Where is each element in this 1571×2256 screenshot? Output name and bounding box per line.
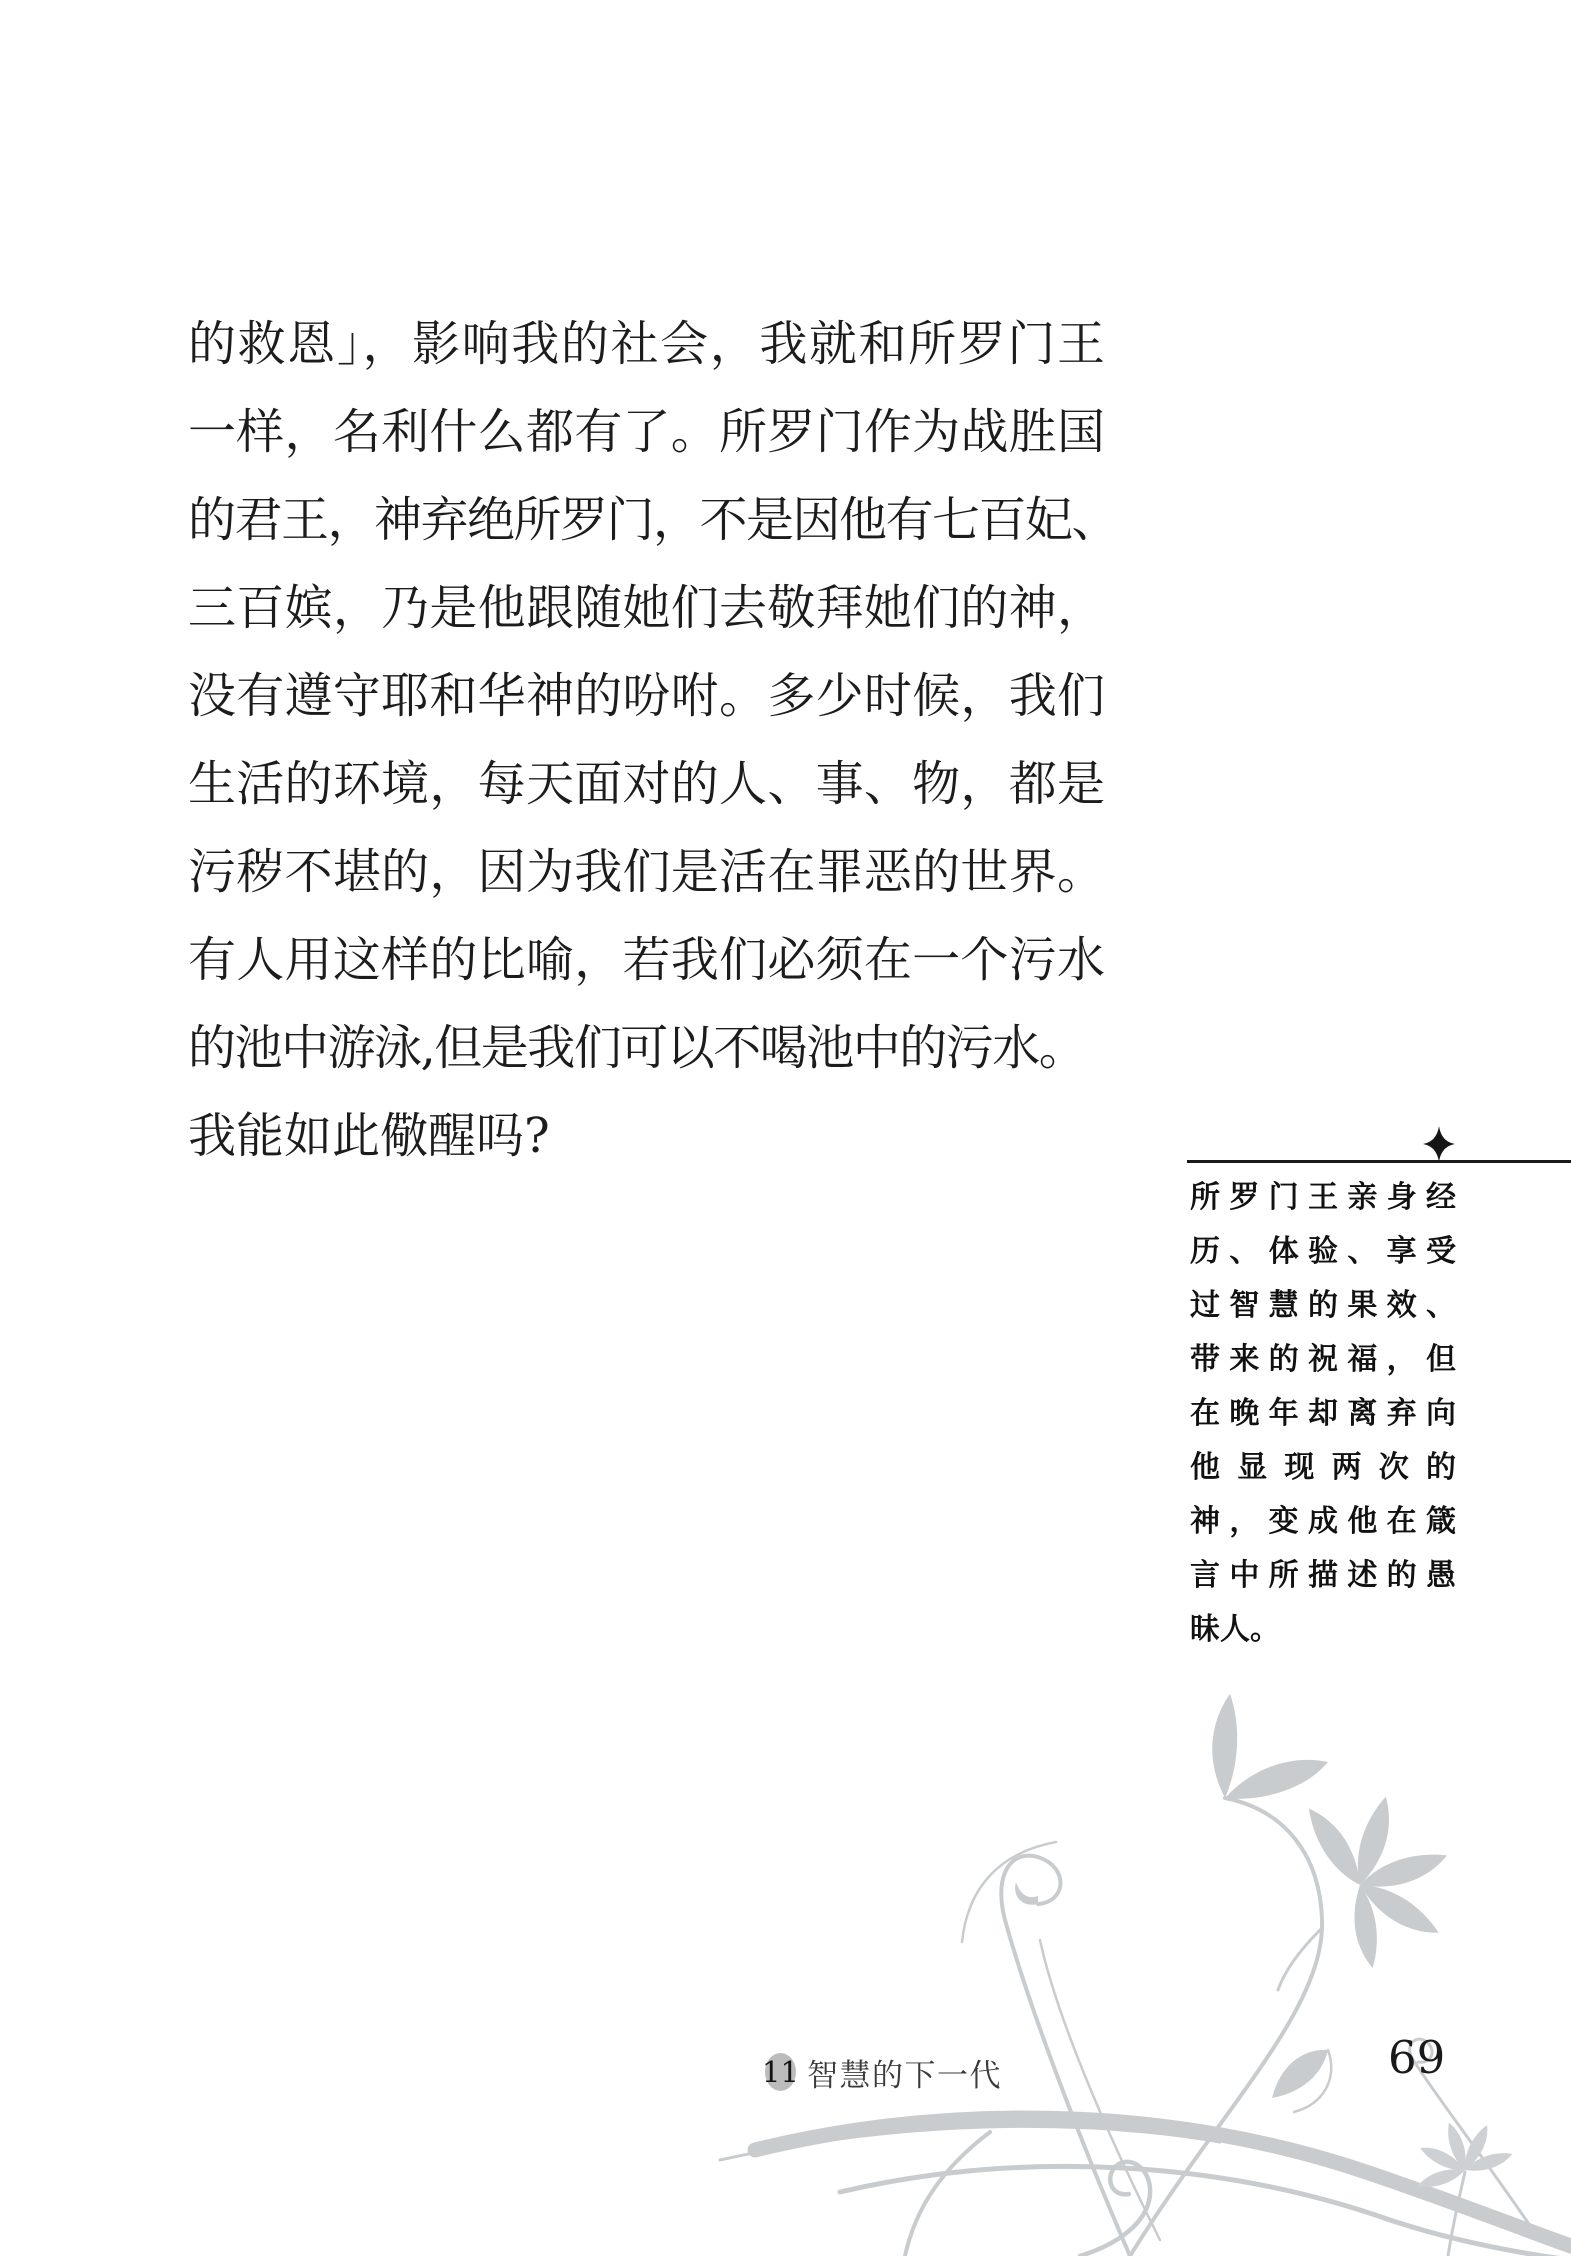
book-page: 的救恩」，影响我的社会，我就和所罗门王 一样，名利什么都有了。所罗门作为战胜国 … bbox=[0, 0, 1571, 2256]
body-text: 的救恩」，影响我的社会，我就和所罗门王 一样，名利什么都有了。所罗门作为战胜国 … bbox=[188, 300, 1105, 1180]
sidebar-note-line: 过智慧的果效、 bbox=[1190, 1279, 1456, 1333]
sidebar-note-line: 历、体验、享受 bbox=[1190, 1225, 1456, 1279]
chapter-number-badge: 11 bbox=[765, 2053, 796, 2091]
sidebar-rule bbox=[1187, 1160, 1571, 1163]
body-text-line: 生活的环境，每天面对的人、事、物，都是 bbox=[188, 740, 1105, 828]
page-number: 69 bbox=[1388, 2034, 1445, 2082]
sidebar-note-line: 言中所描述的愚 bbox=[1190, 1549, 1456, 1603]
sidebar-note-line: 所罗门王亲身经 bbox=[1190, 1171, 1456, 1225]
sidebar-note-line: 在晚年却离弃向 bbox=[1190, 1387, 1456, 1441]
sidebar-note-line: 昧人。 bbox=[1190, 1603, 1456, 1657]
sidebar-note-line: 神，变成他在箴 bbox=[1190, 1495, 1456, 1549]
body-text-line: 的池中游泳,但是我们可以不喝池中的污水。 bbox=[188, 1004, 1105, 1092]
sidebar-note-line: 带来的祝福，但 bbox=[1190, 1333, 1456, 1387]
body-text-line: 污秽不堪的，因为我们是活在罪恶的世界。 bbox=[188, 828, 1105, 916]
chapter-footer: 11 智慧的下一代 bbox=[765, 2052, 1002, 2092]
body-text-line: 我能如此儆醒吗? bbox=[188, 1092, 1105, 1180]
floral-flourish-decoration bbox=[660, 1680, 1571, 2256]
four-point-star-icon bbox=[1419, 1124, 1459, 1164]
body-text-line: 有人用这样的比喻，若我们必须在一个污水 bbox=[188, 916, 1105, 1004]
sidebar-note-line: 他显现两次的 bbox=[1190, 1441, 1456, 1495]
chapter-title: 智慧的下一代 bbox=[807, 2050, 1002, 2095]
body-text-line: 的救恩」，影响我的社会，我就和所罗门王 bbox=[188, 300, 1105, 388]
body-text-line: 的君王，神弃绝所罗门，不是因他有七百妃、 bbox=[188, 476, 1105, 564]
body-text-line: 三百嫔，乃是他跟随她们去敬拜她们的神， bbox=[188, 564, 1105, 652]
body-text-line: 一样，名利什么都有了。所罗门作为战胜国 bbox=[188, 388, 1105, 476]
body-text-line: 没有遵守耶和华神的吩咐。多少时候，我们 bbox=[188, 652, 1105, 740]
sidebar-note: 所罗门王亲身经 历、体验、享受 过智慧的果效、 带来的祝福，但 在晚年却离弃向 … bbox=[1190, 1171, 1456, 1657]
